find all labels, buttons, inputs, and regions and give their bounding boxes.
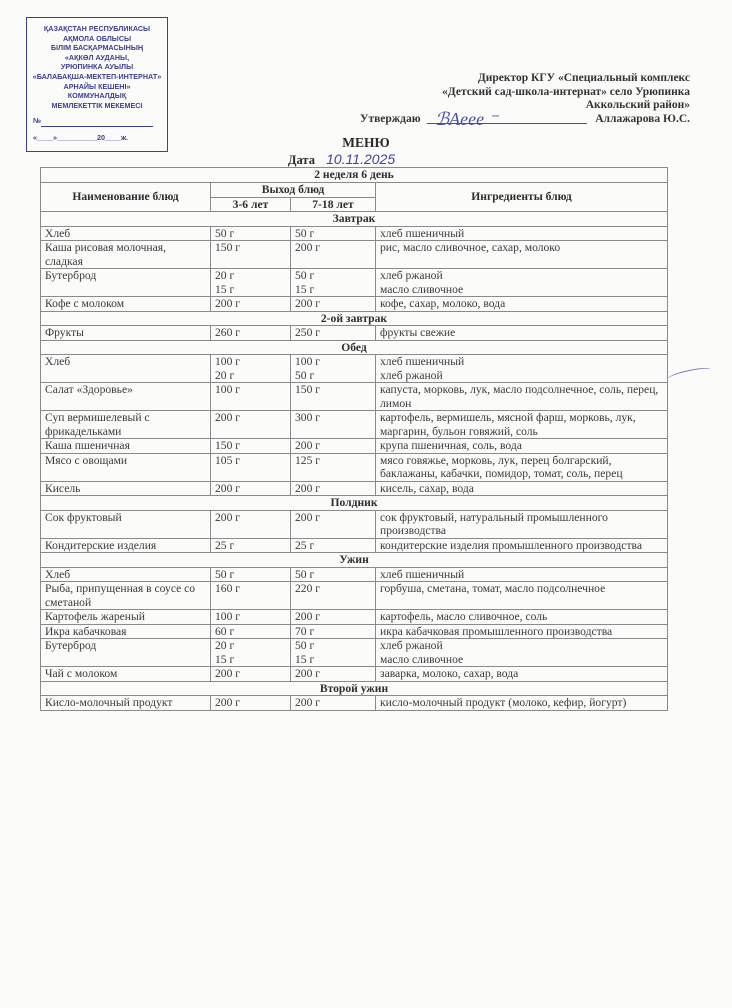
portion-7-18-line: 200 г (295, 241, 371, 255)
stamp-line: АҚМОЛА ОБЛЫСЫ (27, 34, 167, 44)
portion-7-18: 200 г (291, 667, 376, 682)
ingredients-line: мясо говяжье, морковь, лук, перец болгар… (380, 454, 663, 481)
ingredients: картофель, масло сливочное, соль (376, 610, 668, 625)
table-row: Кофе с молоком200 г200 гкофе, сахар, мол… (41, 297, 668, 312)
portion-3-6: 200 г (211, 411, 291, 439)
portion-3-6-line: 50 г (215, 568, 286, 582)
portion-3-6: 200 г (211, 297, 291, 312)
ingredients: мясо говяжье, морковь, лук, перец болгар… (376, 453, 668, 481)
meal-section-title: Второй ужин (41, 681, 668, 696)
dish-name: Картофель жареный (41, 610, 211, 625)
meal-section-row: Второй ужин (41, 681, 668, 696)
stamp-line: УРЮПИНКА АУЫЛЫ (27, 62, 167, 72)
ingredients: фрукты свежие (376, 326, 668, 341)
portion-3-6: 160 г (211, 582, 291, 610)
meal-section-row: Полдник (41, 496, 668, 511)
portion-3-6: 150 г (211, 439, 291, 454)
portion-7-18-line: 50 г (295, 568, 371, 582)
meal-section-title: 2-ой завтрак (41, 311, 668, 326)
meal-section-row: Завтрак (41, 212, 668, 227)
dish-name: Салат «Здоровье» (41, 383, 211, 411)
ingredients: кисло-молочный продукт (молоко, кефир, й… (376, 696, 668, 711)
dish-name: Хлеб (41, 226, 211, 241)
portion-3-6: 200 г (211, 667, 291, 682)
approval-line-1: Директор КГУ «Специальный комплекс (360, 72, 690, 86)
ingredients-line: икра кабачковая промышленного производст… (380, 625, 663, 639)
menu-body: ЗавтракХлеб50 г50 гхлеб пшеничныйКаша ри… (41, 212, 668, 711)
portion-7-18-line: 50 г (295, 269, 371, 283)
portion-7-18-line: 125 г (295, 454, 371, 468)
table-row: Кондитерские изделия25 г25 гкондитерские… (41, 538, 668, 553)
table-row: Сок фруктовый200 г200 гсок фруктовый, на… (41, 510, 668, 538)
table-row: Рыба, припущенная в соусе со сметаной160… (41, 582, 668, 610)
header-row: Наименование блюд Выход блюд Ингредиенты… (41, 183, 668, 198)
portion-7-18-line: 250 г (295, 326, 371, 340)
portion-7-18-line: 200 г (295, 297, 371, 311)
portion-3-6: 25 г (211, 538, 291, 553)
ingredients: кондитерские изделия промышленного произ… (376, 538, 668, 553)
pen-mark (667, 365, 713, 383)
official-stamp: ҚАЗАҚСТАН РЕСПУБЛИКАСЫАҚМОЛА ОБЛЫСЫБІЛІМ… (26, 17, 168, 152)
portion-7-18: 200 г (291, 510, 376, 538)
portion-7-18: 70 г (291, 624, 376, 639)
ingredients: хлеб ржаноймасло сливочное (376, 639, 668, 667)
portion-7-18-line: 25 г (295, 539, 371, 553)
portion-7-18-line: 220 г (295, 582, 371, 596)
ingredients: хлеб пшеничный (376, 226, 668, 241)
portion-7-18: 200 г (291, 481, 376, 496)
meal-section-title: Обед (41, 340, 668, 355)
ingredients-header: Ингредиенты блюд (376, 183, 668, 212)
ingredients: кофе, сахар, молоко, вода (376, 297, 668, 312)
stamp-line: БІЛІМ БАСҚАРМАСЫНЫҢ (27, 43, 167, 53)
ingredients-line: хлеб пшеничный (380, 355, 663, 369)
portion-7-18-line: 200 г (295, 511, 371, 525)
table-row: Картофель жареный100 г200 гкартофель, ма… (41, 610, 668, 625)
portion-7-18-line: 50 г (295, 639, 371, 653)
ingredients: крупа пшеничная, соль, вода (376, 439, 668, 454)
portion-3-6-line: 160 г (215, 582, 286, 596)
approval-block: Директор КГУ «Специальный комплекс «Детс… (360, 72, 690, 126)
portion-3-6-line: 200 г (215, 482, 286, 496)
ingredients: горбуша, сметана, томат, масло подсолнеч… (376, 582, 668, 610)
ingredients-line: крупа пшеничная, соль, вода (380, 439, 663, 453)
portion-7-18: 220 г (291, 582, 376, 610)
ingredients: хлеб пшеничныйхлеб ржаной (376, 355, 668, 383)
week-day-header: 2 неделя 6 день (41, 168, 668, 183)
portion-7-18-line: 50 г (295, 227, 371, 241)
signature-row: Утверждаю ℬAeee ⁻ Аллажарова Ю.С. (360, 113, 690, 127)
ingredients-line: хлеб ржаной (380, 269, 663, 283)
portion-3-6-line: 20 г (215, 369, 286, 383)
portion-3-6: 50 г (211, 567, 291, 582)
portion-3-6: 20 г15 г (211, 639, 291, 667)
dish-name: Чай с молоком (41, 667, 211, 682)
dish-name: Мясо с овощами (41, 453, 211, 481)
portion-7-18-line: 200 г (295, 610, 371, 624)
stamp-line: «БАЛАБАҚША-МЕКТЕП-ИНТЕРНАТ» (27, 72, 167, 82)
portion-7-18: 250 г (291, 326, 376, 341)
portion-7-18-line: 200 г (295, 482, 371, 496)
portion-3-6-line: 15 г (215, 653, 286, 667)
portion-7-18: 50 г (291, 226, 376, 241)
portion-7-18-line: 200 г (295, 667, 371, 681)
ingredients-line: горбуша, сметана, томат, масло подсолнеч… (380, 582, 663, 596)
portion-3-6: 100 г20 г (211, 355, 291, 383)
ingredients-line: капуста, морковь, лук, масло подсолнечно… (380, 383, 663, 410)
dish-name: Кисель (41, 481, 211, 496)
portion-3-6-line: 105 г (215, 454, 286, 468)
portion-3-6: 200 г (211, 510, 291, 538)
age-7-18-header: 7-18 лет (291, 197, 376, 212)
portion-7-18: 125 г (291, 453, 376, 481)
table-row: Салат «Здоровье»100 г150 гкапуста, морко… (41, 383, 668, 411)
meal-section-row: Обед (41, 340, 668, 355)
dish-name: Хлеб (41, 567, 211, 582)
portion-7-18-line: 15 г (295, 653, 371, 667)
dish-name: Икра кабачковая (41, 624, 211, 639)
stamp-line: МЕМЛЕКЕТТІК МЕКЕМЕСІ (27, 101, 167, 111)
dish-name-header: Наименование блюд (41, 183, 211, 212)
portion-7-18: 200 г (291, 696, 376, 711)
dish-name: Кисло-молочный продукт (41, 696, 211, 711)
meal-section-row: Ужин (41, 553, 668, 568)
portion-3-6: 60 г (211, 624, 291, 639)
meal-section-title: Завтрак (41, 212, 668, 227)
table-row: Бутерброд20 г15 г50 г15 гхлеб ржаноймасл… (41, 269, 668, 297)
portion-3-6: 200 г (211, 696, 291, 711)
stamp-line: ҚАЗАҚСТАН РЕСПУБЛИКАСЫ (27, 24, 167, 34)
table-row: Хлеб50 г50 гхлеб пшеничный (41, 567, 668, 582)
dish-name: Бутерброд (41, 269, 211, 297)
table-row: Каша рисовая молочная, сладкая150 г200 г… (41, 241, 668, 269)
portion-7-18-line: 300 г (295, 411, 371, 425)
ingredients: картофель, вермишель, мясной фарш, морко… (376, 411, 668, 439)
dish-name: Сок фруктовый (41, 510, 211, 538)
meal-section-title: Полдник (41, 496, 668, 511)
ingredients: заварка, молоко, сахар, вода (376, 667, 668, 682)
portion-7-18: 50 г15 г (291, 639, 376, 667)
dish-name: Бутерброд (41, 639, 211, 667)
ingredients: кисель, сахар, вода (376, 481, 668, 496)
page-title: МЕНЮ (0, 135, 732, 151)
portion-7-18-line: 200 г (295, 439, 371, 453)
portion-7-18: 50 г15 г (291, 269, 376, 297)
dish-name: Кондитерские изделия (41, 538, 211, 553)
portion-3-6-line: 100 г (215, 383, 286, 397)
output-header: Выход блюд (211, 183, 376, 198)
ingredients-line: хлеб ржаной (380, 369, 663, 383)
date-value: 10.11.2025 (318, 151, 436, 168)
portion-3-6-line: 200 г (215, 411, 286, 425)
ingredients-line: рис, масло сливочное, сахар, молоко (380, 241, 663, 255)
portion-3-6-line: 150 г (215, 439, 286, 453)
dish-name: Каша пшеничная (41, 439, 211, 454)
dish-name: Хлеб (41, 355, 211, 383)
portion-7-18: 200 г (291, 439, 376, 454)
dish-name: Кофе с молоком (41, 297, 211, 312)
portion-3-6-line: 100 г (215, 355, 286, 369)
portion-3-6-line: 200 г (215, 696, 286, 710)
portion-3-6: 100 г (211, 383, 291, 411)
portion-3-6-line: 260 г (215, 326, 286, 340)
ingredients-line: хлеб пшеничный (380, 227, 663, 241)
portion-3-6-line: 100 г (215, 610, 286, 624)
portion-7-18: 25 г (291, 538, 376, 553)
portion-7-18: 200 г (291, 610, 376, 625)
meal-section-row: 2-ой завтрак (41, 311, 668, 326)
portion-7-18-line: 150 г (295, 383, 371, 397)
ingredients-line: фрукты свежие (380, 326, 663, 340)
portion-7-18-line: 100 г (295, 355, 371, 369)
week-day-row: 2 неделя 6 день (41, 168, 668, 183)
director-name: Аллажарова Ю.С. (595, 113, 690, 125)
portion-3-6-line: 200 г (215, 297, 286, 311)
portion-7-18-line: 50 г (295, 369, 371, 383)
portion-3-6: 260 г (211, 326, 291, 341)
table-row: Хлеб50 г50 гхлеб пшеничный (41, 226, 668, 241)
portion-7-18: 150 г (291, 383, 376, 411)
portion-7-18: 50 г (291, 567, 376, 582)
table-row: Мясо с овощами105 г125 гмясо говяжье, мо… (41, 453, 668, 481)
dish-name: Суп вермишелевый с фрикадельками (41, 411, 211, 439)
portion-3-6: 200 г (211, 481, 291, 496)
table-row: Кисель200 г200 гкисель, сахар, вода (41, 481, 668, 496)
dish-name: Каша рисовая молочная, сладкая (41, 241, 211, 269)
portion-7-18: 100 г50 г (291, 355, 376, 383)
ingredients-line: картофель, вермишель, мясной фарш, морко… (380, 411, 663, 438)
ingredients: рис, масло сливочное, сахар, молоко (376, 241, 668, 269)
meal-section-title: Ужин (41, 553, 668, 568)
ingredients: хлеб пшеничный (376, 567, 668, 582)
portion-3-6-line: 15 г (215, 283, 286, 297)
ingredients: икра кабачковая промышленного производст… (376, 624, 668, 639)
ingredients-line: картофель, масло сливочное, соль (380, 610, 663, 624)
ingredients-line: масло сливочное (380, 283, 663, 297)
portion-7-18-line: 70 г (295, 625, 371, 639)
portion-3-6-line: 60 г (215, 625, 286, 639)
ingredients-line: кисло-молочный продукт (молоко, кефир, й… (380, 696, 663, 710)
ingredients: хлеб ржаноймасло сливочное (376, 269, 668, 297)
portion-3-6-line: 20 г (215, 269, 286, 283)
table-row: Икра кабачковая60 г70 гикра кабачковая п… (41, 624, 668, 639)
stamp-line: «АҚКӨЛ АУДАНЫ, (27, 53, 167, 63)
dish-name: Рыба, припущенная в соусе со сметаной (41, 582, 211, 610)
ingredients-line: хлеб ржаной (380, 639, 663, 653)
ingredients-line: заварка, молоко, сахар, вода (380, 667, 663, 681)
ingredients-line: кофе, сахар, молоко, вода (380, 297, 663, 311)
stamp-text: ҚАЗАҚСТАН РЕСПУБЛИКАСЫАҚМОЛА ОБЛЫСЫБІЛІМ… (27, 24, 167, 110)
portion-3-6-line: 20 г (215, 639, 286, 653)
portion-3-6-line: 150 г (215, 241, 286, 255)
table-row: Суп вермишелевый с фрикадельками200 г300… (41, 411, 668, 439)
table-row: Хлеб100 г20 г100 г50 гхлеб пшеничныйхлеб… (41, 355, 668, 383)
portion-3-6: 20 г15 г (211, 269, 291, 297)
ingredients: капуста, морковь, лук, масло подсолнечно… (376, 383, 668, 411)
portion-3-6: 50 г (211, 226, 291, 241)
dish-name: Фрукты (41, 326, 211, 341)
ingredients-line: хлеб пшеничный (380, 568, 663, 582)
stamp-number-label: № (33, 116, 41, 125)
table-row: Кисло-молочный продукт200 г200 гкисло-мо… (41, 696, 668, 711)
portion-7-18: 300 г (291, 411, 376, 439)
portion-3-6: 100 г (211, 610, 291, 625)
table-row: Каша пшеничная150 г200 гкрупа пшеничная,… (41, 439, 668, 454)
ingredients-line: кисель, сахар, вода (380, 482, 663, 496)
portion-3-6-line: 200 г (215, 511, 286, 525)
portion-3-6-line: 200 г (215, 667, 286, 681)
ingredients-line: сок фруктовый, натуральный промышленного… (380, 511, 663, 538)
approval-line-3: Аккольский район» (360, 99, 690, 113)
portion-7-18-line: 200 г (295, 696, 371, 710)
table-row: Чай с молоком200 г200 гзаварка, молоко, … (41, 667, 668, 682)
approval-line-2: «Детский сад-школа-интернат» село Урюпин… (360, 86, 690, 100)
ingredients-line: кондитерские изделия промышленного произ… (380, 539, 663, 553)
date-label: Дата (288, 153, 315, 167)
signature: ℬAeee ⁻ (435, 113, 498, 127)
title-block: МЕНЮ Дата 10.11.2025 (0, 135, 732, 168)
ingredients-line: масло сливочное (380, 653, 663, 667)
menu-table: 2 неделя 6 день Наименование блюд Выход … (40, 167, 668, 711)
stamp-number-field: № (27, 116, 167, 127)
stamp-line: АРНАЙЫ КЕШЕНІ» (27, 82, 167, 92)
table-row: Бутерброд20 г15 г50 г15 гхлеб ржаноймасл… (41, 639, 668, 667)
approve-label: Утверждаю (360, 113, 421, 127)
portion-7-18: 200 г (291, 297, 376, 312)
stamp-line: КОММУНАЛДЫҚ (27, 91, 167, 101)
date-row: Дата 10.11.2025 (0, 151, 728, 168)
portion-3-6: 150 г (211, 241, 291, 269)
table-row: Фрукты260 г250 гфрукты свежие (41, 326, 668, 341)
ingredients: сок фруктовый, натуральный промышленного… (376, 510, 668, 538)
portion-7-18: 200 г (291, 241, 376, 269)
portion-3-6-line: 50 г (215, 227, 286, 241)
portion-7-18-line: 15 г (295, 283, 371, 297)
portion-3-6-line: 25 г (215, 539, 286, 553)
age-3-6-header: 3-6 лет (211, 197, 291, 212)
portion-3-6: 105 г (211, 453, 291, 481)
